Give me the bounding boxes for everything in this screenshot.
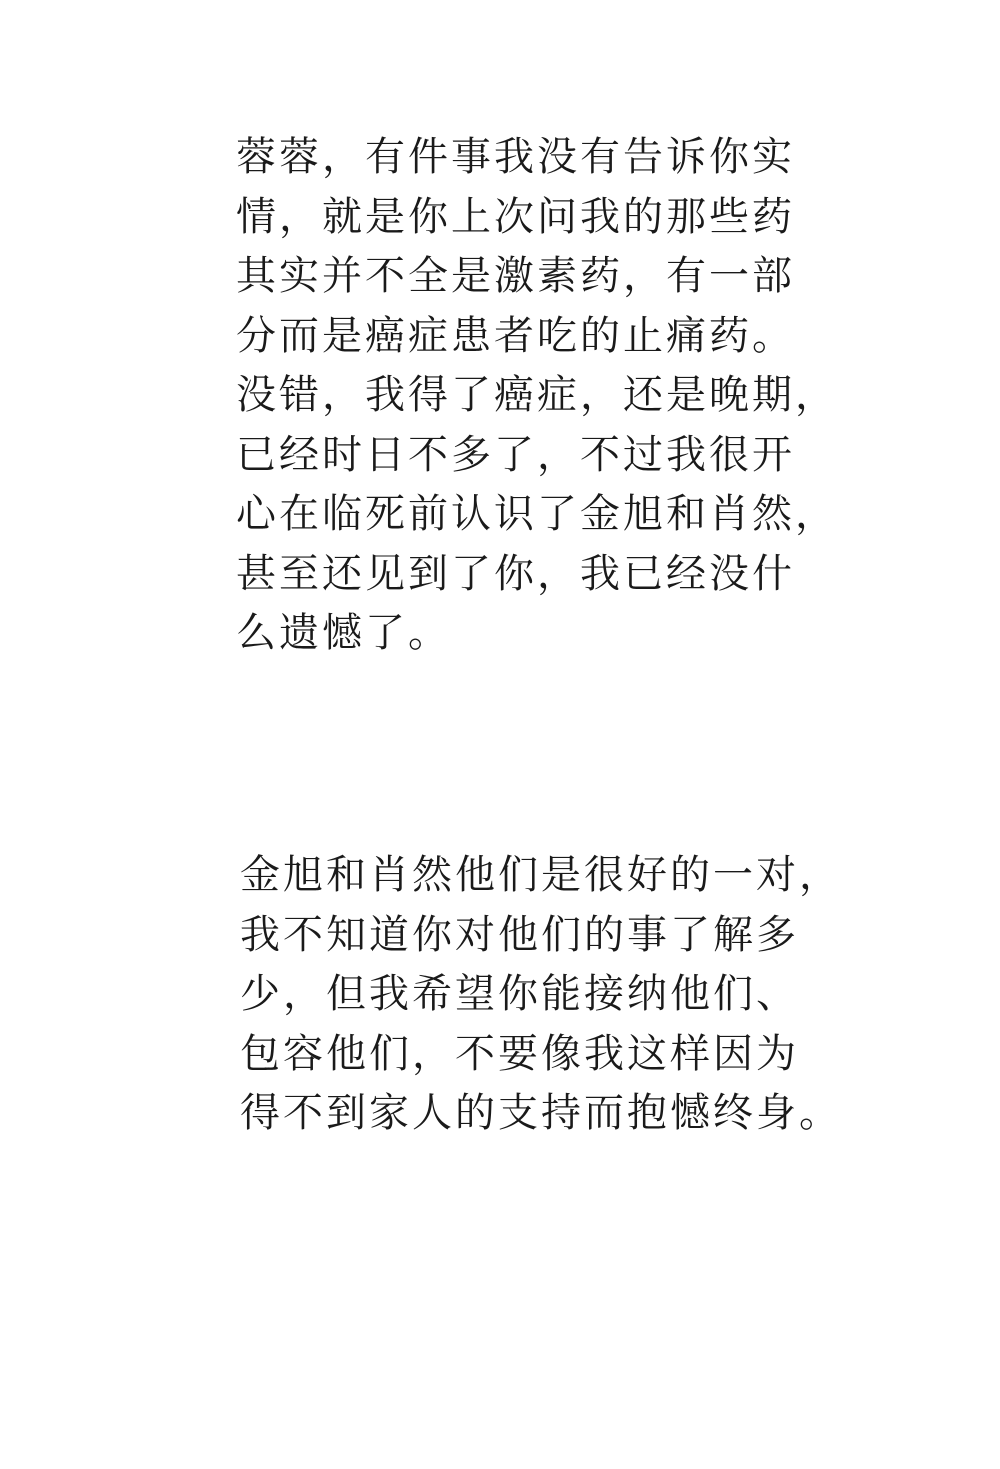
text-line: 少，但我希望你能接纳他们、 [240, 965, 842, 1025]
text-line: 我不知道你对他们的事了解多 [240, 906, 842, 966]
text-line: 已经时日不多了，不过我很开 [236, 426, 838, 486]
text-line: 么遗憾了。 [236, 604, 838, 664]
text-line: 其实并不全是激素药，有一部 [236, 247, 838, 307]
text-line: 分而是癌症患者吃的止痛药。 [236, 307, 838, 367]
text-line: 没错，我得了癌症，还是晚期， [236, 366, 838, 426]
text-line: 心在临死前认识了金旭和肖然， [236, 485, 838, 545]
letter-paragraph-2: 金旭和肖然他们是很好的一对， 我不知道你对他们的事了解多 少，但我希望你能接纳他… [240, 846, 842, 1144]
text-line: 金旭和肖然他们是很好的一对， [240, 846, 842, 906]
text-line: 得不到家人的支持而抱憾终身。 [240, 1084, 842, 1144]
text-line: 甚至还见到了你，我已经没什 [236, 545, 838, 605]
letter-paragraph-1: 蓉蓉，有件事我没有告诉你实 情，就是你上次问我的那些药 其实并不全是激素药，有一… [236, 128, 838, 664]
text-line: 情，就是你上次问我的那些药 [236, 188, 838, 248]
text-line: 包容他们，不要像我这样因为 [240, 1025, 842, 1085]
text-line: 蓉蓉，有件事我没有告诉你实 [236, 128, 838, 188]
